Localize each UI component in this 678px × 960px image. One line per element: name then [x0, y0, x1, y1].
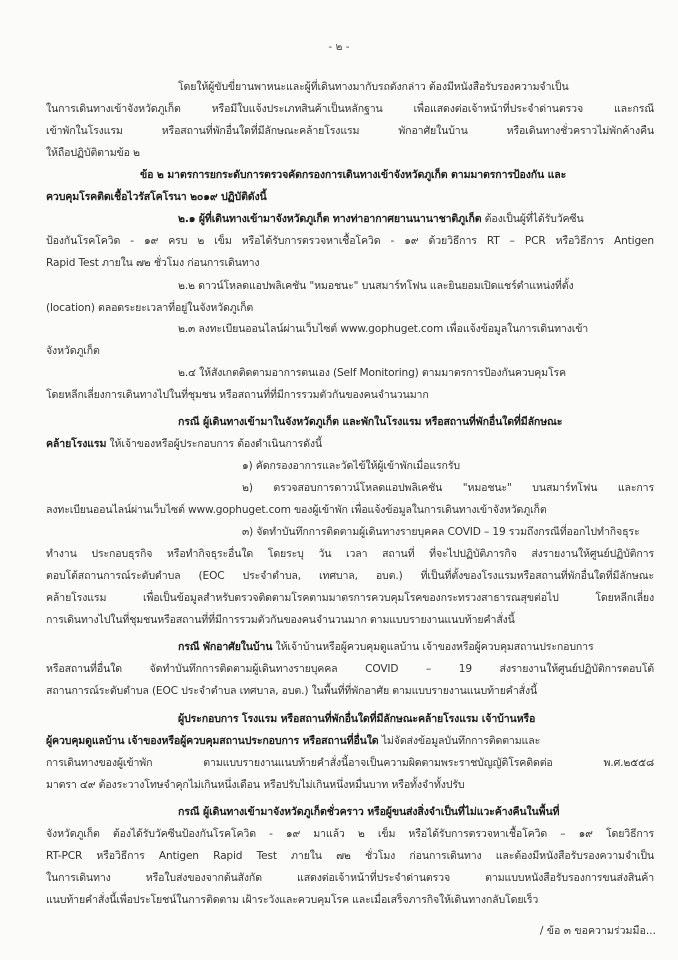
penalty-heading: ผู้ประกอบการ โรงแรม หรือสถานที่พักอื่นใด… — [178, 712, 658, 726]
case-home-text: ให้เจ้าบ้านหรือผู้ควบคุมดูแลบ้าน เจ้าของ… — [272, 641, 593, 653]
paragraph-line: ให้ถือปฏิบัติตามข้อ ๒ — [46, 146, 658, 160]
case-home-heading: กรณี พักอาศัยในบ้าน — [178, 641, 272, 653]
sub-item-1: ๑) คัดกรองอาการและวัดไข้ให้ผู้เข้าพักเมื… — [242, 459, 658, 473]
case-hotel-heading-cont: คล้ายโรงแรม — [46, 438, 106, 450]
continuation-note: / ข้อ ๓ ขอความร่วมมือ... — [540, 922, 656, 939]
item-2-1: ๒.๑ ผู้ที่เดินทางเข้ามาจังหวัดภูเก็ต ทาง… — [178, 212, 658, 226]
paragraph-line: คล้ายโรงแรม เพื่อเป็นข้อมูลสำหรับตรวจติด… — [46, 591, 654, 605]
sub-item-2: ๒) ตรวจสอบการดาวน์โหลดแอปพลิเคชัน "หมอชน… — [242, 481, 654, 495]
item-2-1-text: ต้องเป็นผู้ที่ได้รับวัคซีน — [481, 213, 583, 225]
paragraph-line: ทำงาน ประกอบธุรกิจ หรือทำกิจธุระอื่นใด โ… — [46, 547, 654, 561]
paragraph-line: (location) ตลอดระยะเวลาที่อยู่ในจังหวัดภ… — [46, 301, 658, 315]
paragraph-line: สถานการณ์ระดับตำบล (EOC ประจำตำบล เทศบาล… — [46, 684, 658, 698]
penalty-text: ไม่จัดส่งข้อมูลบันทึกการติดตามและ — [379, 735, 541, 747]
clause-heading: ควบคุมโรคติดเชื้อไวรัสโคโรนา ๒๐๑๙ ปฏิบัต… — [46, 190, 658, 204]
paragraph-line: การเดินทางของผู้เข้าพัก ตามแบบรายงานแนบท… — [46, 756, 654, 770]
paragraph-line: RT-PCR หรือวิธีการ Antigen Rapid Test ภา… — [46, 849, 654, 863]
paragraph-line: การเดินทางไปในที่ชุมชนหรือสถานที่ที่มีกา… — [46, 613, 658, 627]
case-transit-heading: กรณี ผู้เดินทางเข้ามาจังหวัดภูเก็ตชั่วคร… — [178, 805, 658, 819]
penalty-line: ผู้ควบคุมดูแลบ้าน เจ้าของหรือผู้ควบคุมสถ… — [46, 734, 658, 748]
item-2-1-title: ๒.๑ ผู้ที่เดินทางเข้ามาจังหวัดภูเก็ต ทาง… — [178, 213, 481, 225]
case-home: กรณี พักอาศัยในบ้าน ให้เจ้าบ้านหรือผู้คว… — [178, 640, 658, 654]
document-page: - ๒ - โดยให้ผู้ขับขี่ยานพาหนะและผู้ที่เด… — [0, 0, 678, 960]
case-hotel-line: คล้ายโรงแรม ให้เจ้าของหรือผู้ประกอบการ ต… — [46, 437, 658, 451]
paragraph-line: โดยให้ผู้ขับขี่ยานพาหนะและผู้ที่เดินทางม… — [178, 80, 658, 94]
item-2-2: ๒.๒ ดาวน์โหลดแอปพลิเคชัน "หมอชนะ" บนสมาร… — [178, 279, 658, 293]
paragraph-line: จังหวัดภูเก็ต ต้องได้รับวัคซีนป้องกันโรค… — [46, 827, 654, 841]
item-2-4: ๒.๔ ให้สังเกตติดตามอาการตนเอง (Self Moni… — [178, 366, 658, 380]
paragraph-line: ในการเดินทาง หรือใบส่งของจากต้นสังกัด แส… — [46, 871, 654, 885]
paragraph-line: แนบท้ายคำสั่งนี้เพื่อประโยชน์ในการติดตาม… — [46, 893, 658, 907]
paragraph-line: มาตรา ๔๙ ต้องระวางโทษจำคุกไม่เกินหนึ่งเด… — [46, 778, 658, 792]
paragraph-line: โดยหลีกเลี่ยงการเดินทางไปในที่ชุมชน หรือ… — [46, 388, 658, 402]
paragraph-line: ลงทะเบียนออนไลน์ผ่านเว็บไซต์ www.gophuge… — [46, 503, 658, 517]
paragraph-line: ตอบโต้สถานการณ์ระดับตำบล (EOC ประจำตำบล,… — [46, 569, 654, 583]
clause-heading: ข้อ ๒ มาตรการยกระดับการตรวจคัดกรองการเดิ… — [140, 168, 658, 182]
paragraph-line: ในการเดินทางเข้าจังหวัดภูเก็ต หรือมีใบแจ… — [46, 102, 654, 116]
paragraph-line: ป้องกันโรคโควิด - ๑๙ ครบ ๒ เข็ม หรือได้ร… — [46, 234, 654, 248]
item-2-3: ๒.๓ ลงทะเบียนออนไลน์ผ่านเว็บไซต์ www.gop… — [178, 322, 658, 336]
page-number: - ๒ - — [0, 38, 678, 55]
paragraph-line: Rapid Test ภายใน ๗๒ ชั่วโมง ก่อนการเดินท… — [46, 256, 658, 270]
sub-item-3: ๓) จัดทำบันทึกการติดตามผู้เดินทางรายบุคค… — [242, 525, 658, 539]
paragraph-line: จังหวัดภูเก็ต — [46, 344, 658, 358]
paragraph-line: เข้าพักในโรงแรม หรือสถานที่พักอื่นใดที่ม… — [46, 124, 654, 138]
case-hotel-text: ให้เจ้าของหรือผู้ประกอบการ ต้องดำเนินการ… — [106, 438, 322, 450]
penalty-heading-cont: ผู้ควบคุมดูแลบ้าน เจ้าของหรือผู้ควบคุมสถ… — [46, 735, 379, 747]
case-hotel-heading: กรณี ผู้เดินทางเข้ามาในจังหวัดภูเก็ต และ… — [178, 415, 658, 429]
paragraph-line: หรือสถานที่อื่นใด จัดทำบันทึกการติดตามผู… — [46, 662, 654, 676]
